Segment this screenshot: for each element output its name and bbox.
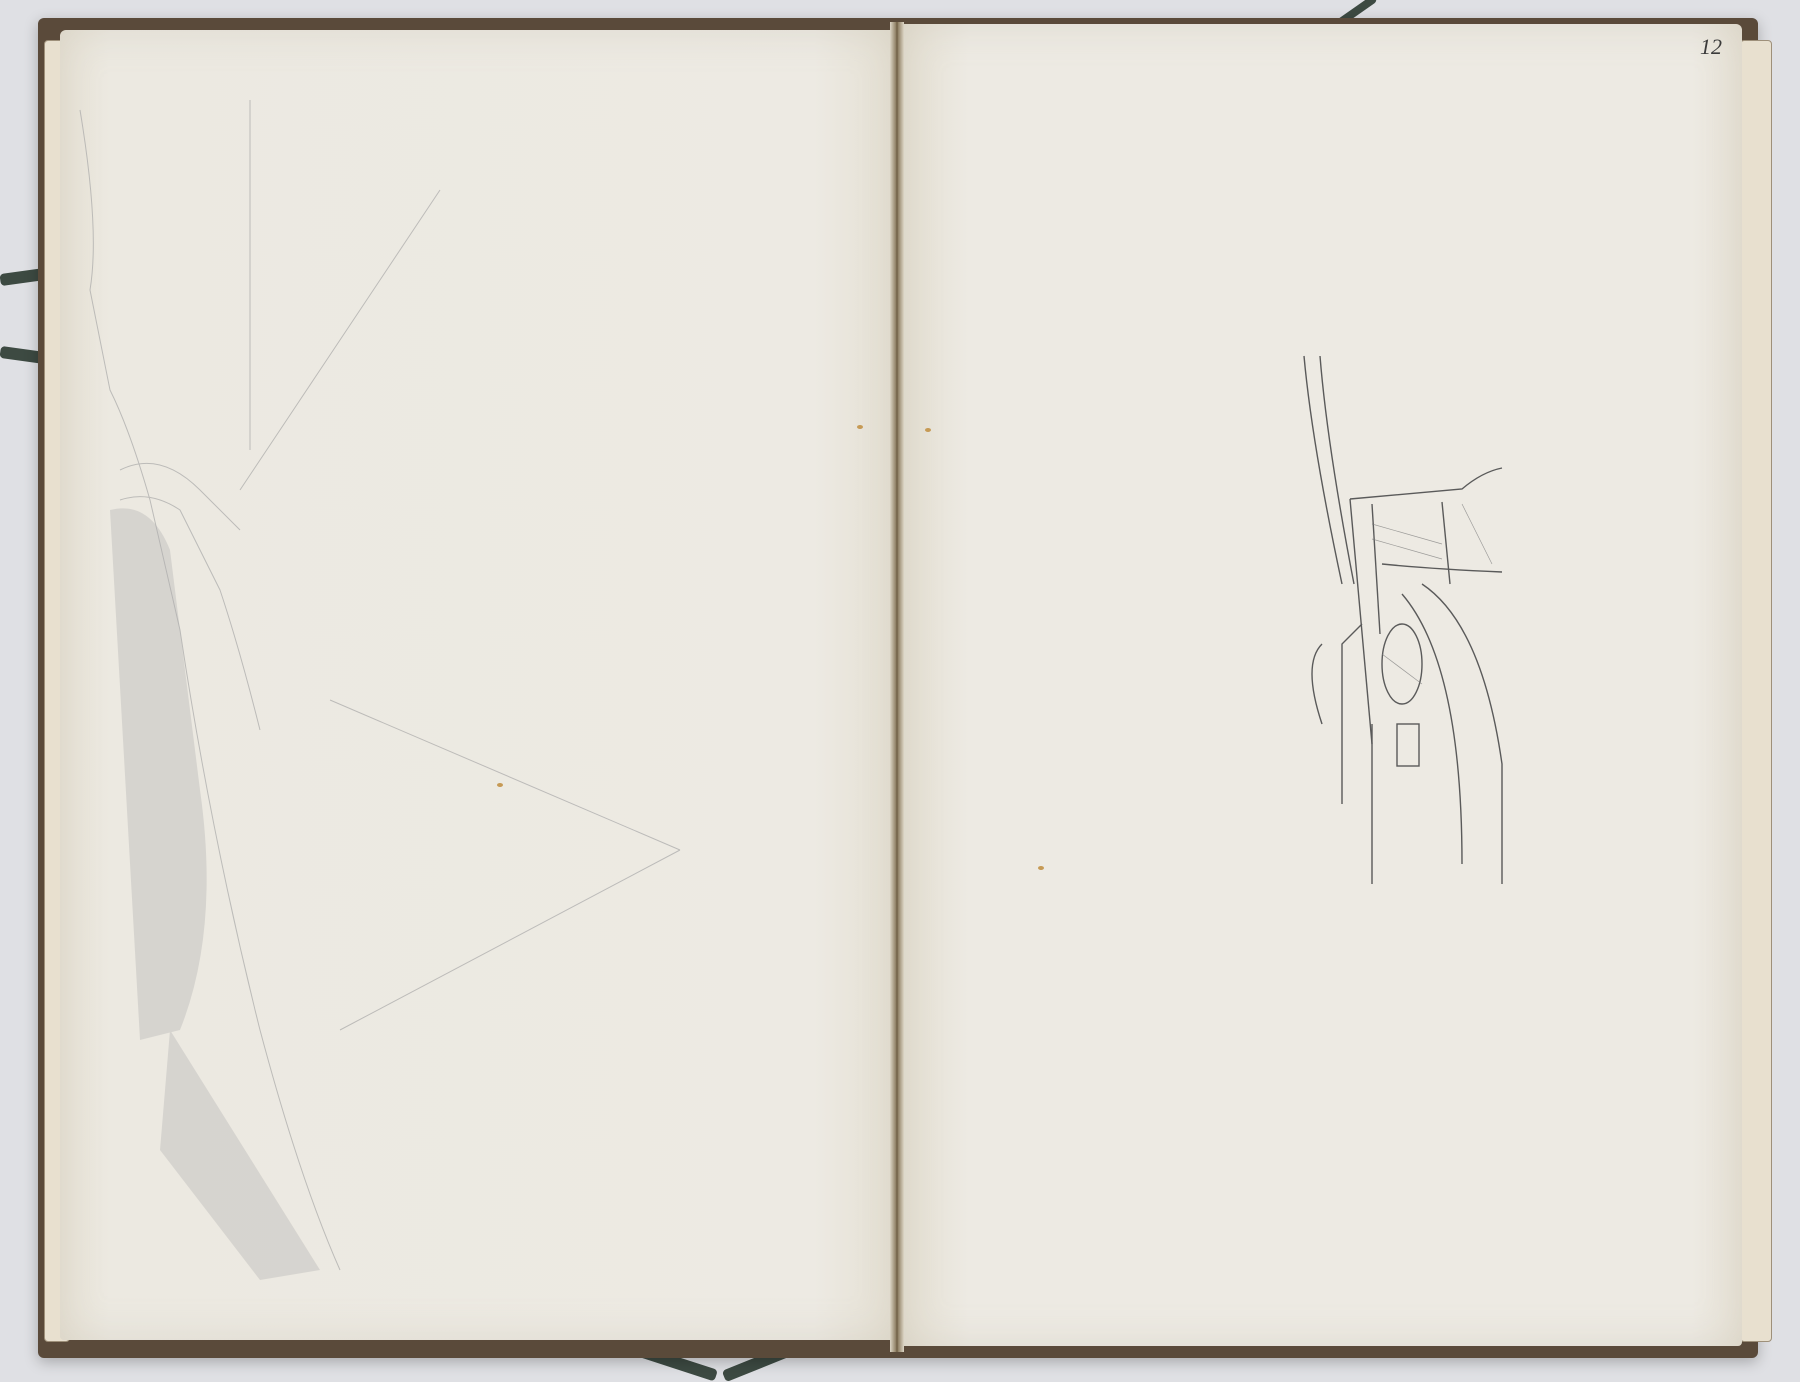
- right-page-stack: [1740, 40, 1772, 1342]
- faint-landscape-sketch: [60, 30, 898, 1340]
- left-page: [60, 30, 898, 1340]
- foxing-stain: [497, 783, 503, 787]
- sketchbook-photo: 12: [0, 0, 1800, 1382]
- foxing-stain: [857, 425, 863, 429]
- foxing-stain: [925, 428, 931, 432]
- book-spine-gutter: [890, 22, 904, 1352]
- ship-rigging-sketch: [902, 24, 1742, 1346]
- page-number: 12: [1700, 34, 1722, 60]
- foxing-stain: [1038, 866, 1044, 870]
- right-page: 12: [902, 24, 1742, 1346]
